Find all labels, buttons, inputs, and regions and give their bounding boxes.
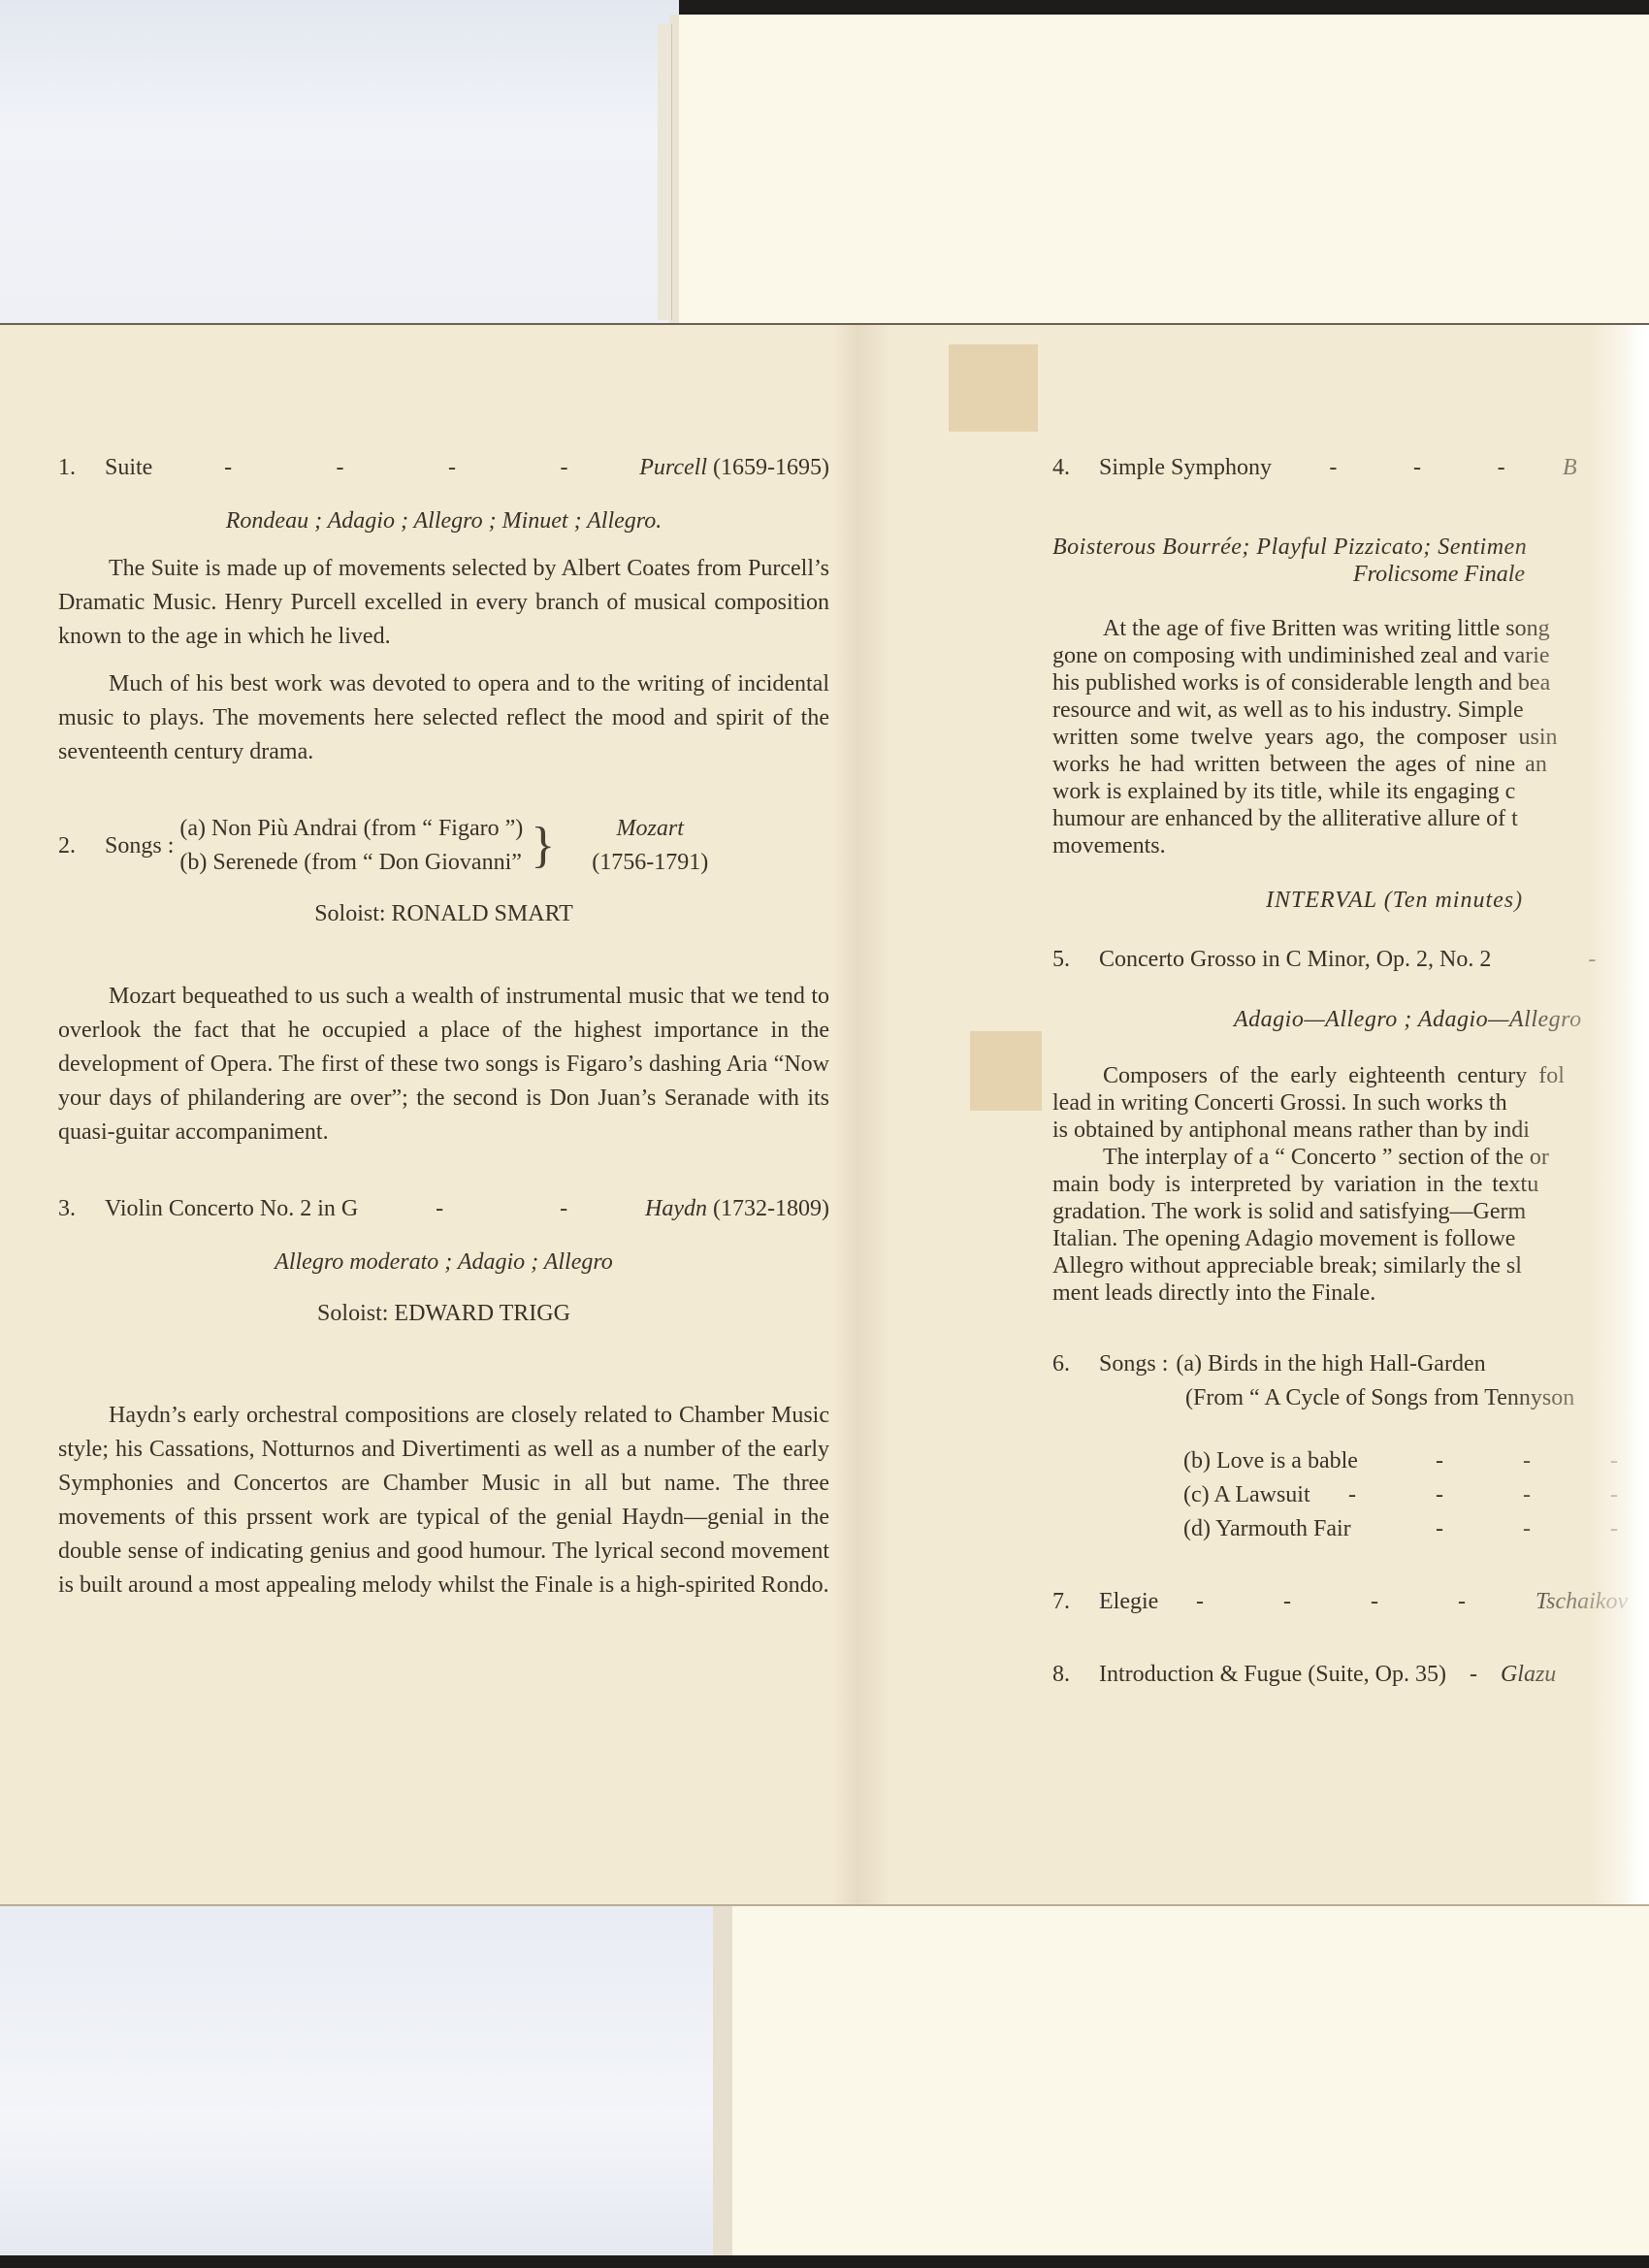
composer-name: Haydn: [645, 1192, 707, 1226]
composer-name: Glazu: [1501, 1658, 1556, 1692]
programme-item-3: 3. Violin Concerto No. 2 in G -- Haydn (…: [58, 1192, 829, 1603]
dash: -: [560, 1192, 567, 1226]
note-line: is obtained by antiphonal means rather t…: [1052, 1117, 1649, 1144]
right-page: 4. Simple Symphony --- B Boisterous Bour…: [1052, 451, 1649, 1692]
programme-item-5: 5. Concerto Grosso in C Minor, Op. 2, No…: [1052, 943, 1649, 1307]
composer-dates: (1756-1791): [592, 846, 708, 880]
song-c: (c) A Lawsuit ----: [1052, 1478, 1649, 1512]
note-line: resource and wit, as well as to his indu…: [1052, 697, 1649, 724]
item-number: 3.: [58, 1192, 105, 1226]
item-heading: 4. Simple Symphony --- B: [1052, 451, 1649, 485]
center-fold: [832, 325, 890, 1904]
item-number: 8.: [1052, 1658, 1099, 1692]
interval-notice: INTERVAL (Ten minutes): [1052, 887, 1649, 914]
movements-line-1: Boisterous Bourrée; Playful Pizzicato; S…: [1052, 534, 1649, 561]
dash: -: [1610, 1444, 1618, 1478]
dash: -: [337, 451, 344, 485]
item-title: Songs :: [1099, 1347, 1168, 1381]
item-heading: 6. Songs : (a) Birds in the high Hall-Ga…: [1052, 1347, 1649, 1381]
item-number: 4.: [1052, 451, 1099, 485]
program-note: Haydn’s early orchestral compositions ar…: [58, 1399, 829, 1603]
song-a: (a) Birds in the high Hall-Garden: [1176, 1347, 1485, 1381]
item-number: 1.: [58, 451, 105, 485]
leader-dashes: ----: [152, 451, 639, 485]
item-title: Introduction & Fugue (Suite, Op. 35): [1099, 1658, 1446, 1692]
dash: -: [436, 1192, 443, 1226]
dash: -: [448, 451, 456, 485]
note-line: main body is interpreted by variation in…: [1052, 1171, 1649, 1198]
item-title: Simple Symphony: [1099, 451, 1272, 485]
composer-dates: (1732-1809): [713, 1192, 829, 1226]
note-line: Allegro without appreciable break; simil…: [1052, 1252, 1649, 1280]
spacer: [58, 1163, 829, 1192]
dash: -: [1610, 1512, 1618, 1546]
item-title: Suite: [105, 451, 152, 485]
program-note: At the age of five Britten was writing l…: [1052, 615, 1649, 859]
programme-item-2: 2. Songs : (a) Non Più Andrai (from “ Fi…: [58, 812, 829, 1150]
programme-sheet: 1. Suite ---- Purcell (1659-1695) Rondea…: [0, 323, 1649, 1906]
note-line: movements.: [1052, 832, 1649, 859]
dash: -: [1436, 1478, 1523, 1512]
dash: -: [1523, 1444, 1610, 1478]
song-list: (a) Non Più Andrai (from “ Figaro ”) (b)…: [179, 812, 523, 880]
composer-name: Tschaikov: [1536, 1585, 1628, 1619]
song-a: (a) Non Più Andrai (from “ Figaro ”): [179, 812, 523, 846]
note-line: written some twelve years ago, the compo…: [1052, 724, 1649, 751]
background-page-bottom-right: [713, 1906, 1649, 2255]
programme-item-1: 1. Suite ---- Purcell (1659-1695) Rondea…: [58, 451, 829, 769]
note-line: ment leads directly into the Finale.: [1052, 1280, 1649, 1307]
movements-list: Allegro moderato ; Adagio ; Allegro: [58, 1246, 829, 1280]
item-heading: 8. Introduction & Fugue (Suite, Op. 35) …: [1052, 1658, 1649, 1692]
programme-item-8: 8. Introduction & Fugue (Suite, Op. 35) …: [1052, 1658, 1649, 1692]
background-page-bottom-left: [0, 1906, 713, 2255]
item-heading: 1. Suite ---- Purcell (1659-1695): [58, 451, 829, 485]
note-line: his published works is of considerable l…: [1052, 669, 1649, 697]
movements-list: Adagio—Allegro ; Adagio—Allegro: [1234, 1006, 1649, 1033]
song-b: (b) Love is a bable ---: [1052, 1444, 1649, 1478]
note-line: Composers of the early eighteenth centur…: [1052, 1062, 1649, 1089]
item-heading: 3. Violin Concerto No. 2 in G -- Haydn (…: [58, 1192, 829, 1226]
program-note: The Suite is made up of movements select…: [58, 552, 829, 654]
note-line: lead in writing Concerti Grossi. In such…: [1052, 1089, 1649, 1117]
interval-duration: (Ten minutes): [1384, 888, 1523, 913]
item-heading: 7. Elegie ---- Tschaikov: [1052, 1585, 1649, 1619]
spacer: [1052, 1415, 1649, 1444]
song-a-source: (From “ A Cycle of Songs from Tennyson: [1052, 1381, 1649, 1415]
song-title: (d) Yarmouth Fair: [1183, 1512, 1436, 1546]
note-line: gone on composing with undiminished zeal…: [1052, 642, 1649, 669]
brace-glyph: }: [531, 817, 555, 875]
left-page: 1. Suite ---- Purcell (1659-1695) Rondea…: [58, 451, 829, 1616]
dash: -: [1348, 1478, 1436, 1512]
note-line: At the age of five Britten was writing l…: [1052, 615, 1649, 642]
dash: -: [1588, 943, 1596, 977]
movements-list: Rondeau ; Adagio ; Allegro ; Minuet ; Al…: [58, 504, 829, 538]
note-line: The interplay of a “ Concerto ” section …: [1052, 1144, 1649, 1171]
program-note: Much of his best work was devoted to ope…: [58, 667, 829, 769]
soloist-credit: Soloist: RONALD SMART: [58, 897, 829, 931]
song-title: (c) A Lawsuit: [1183, 1478, 1348, 1512]
note-line: work is explained by its title, while it…: [1052, 778, 1649, 805]
dash: -: [1413, 451, 1421, 485]
movements-list: Boisterous Bourrée; Playful Pizzicato; S…: [1052, 534, 1649, 588]
scan-edge-highlight: [1626, 325, 1649, 1904]
movements-line-2: Frolicsome Finale: [1052, 561, 1649, 588]
dash: -: [1371, 1585, 1458, 1619]
programme-item-7: 7. Elegie ---- Tschaikov: [1052, 1585, 1649, 1619]
program-note: Composers of the early eighteenth centur…: [1052, 1062, 1649, 1307]
dash: -: [1523, 1512, 1610, 1546]
composer-name: Mozart: [592, 812, 708, 846]
background-page-top-right: [669, 15, 1649, 330]
item-heading: 5. Concerto Grosso in C Minor, Op. 2, No…: [1052, 943, 1649, 977]
composer-name: B: [1563, 451, 1577, 485]
page-stack-edge: [658, 24, 672, 320]
dash: -: [1436, 1444, 1523, 1478]
leader-dashes: --: [358, 1192, 645, 1226]
dash: -: [1523, 1478, 1610, 1512]
dash: -: [224, 451, 232, 485]
item-title: Elegie: [1099, 1585, 1196, 1619]
dash: -: [1610, 1478, 1618, 1512]
dash: -: [560, 451, 567, 485]
note-line: works he had written between the ages of…: [1052, 751, 1649, 778]
program-note: Mozart bequeathed to us such a wealth of…: [58, 980, 829, 1150]
song-title: (b) Love is a bable: [1183, 1444, 1436, 1478]
item-title: Violin Concerto No. 2 in G: [105, 1192, 358, 1226]
composer-dates: (1659-1695): [713, 451, 829, 485]
dash: -: [1196, 1585, 1283, 1619]
item-number: 6.: [1052, 1347, 1099, 1381]
composer-name: Purcell: [639, 451, 707, 485]
item-number: 2.: [58, 829, 105, 863]
note-line: humour are enhanced by the alliterative …: [1052, 805, 1649, 832]
background-page-top-left: [0, 0, 679, 330]
dash: -: [1329, 451, 1337, 485]
item-number: 5.: [1052, 943, 1099, 977]
dash: -: [1436, 1512, 1523, 1546]
programme-item-6: 6. Songs : (a) Birds in the high Hall-Ga…: [1052, 1347, 1649, 1546]
note-line: gradation. The work is solid and satisfy…: [1052, 1198, 1649, 1225]
item-heading: 2. Songs : (a) Non Più Andrai (from “ Fi…: [58, 812, 829, 880]
soloist-credit: Soloist: EDWARD TRIGG: [58, 1297, 829, 1331]
interval-label: INTERVAL: [1266, 888, 1377, 913]
song-d: (d) Yarmouth Fair ---: [1052, 1512, 1649, 1546]
tape-stain-middle: [970, 1031, 1042, 1111]
dash: -: [1470, 1658, 1477, 1692]
dash: -: [1498, 451, 1505, 485]
leader-dashes: ---: [1272, 451, 1563, 485]
programme-item-4: 4. Simple Symphony --- B Boisterous Bour…: [1052, 451, 1649, 859]
note-line: Italian. The opening Adagio movement is …: [1052, 1225, 1649, 1252]
dash: -: [1458, 1585, 1536, 1619]
composer-block: Mozart (1756-1791): [592, 812, 708, 880]
dash: -: [1283, 1585, 1371, 1619]
spacer: [58, 783, 829, 812]
item-title: Songs :: [105, 829, 174, 863]
tape-stain-top: [949, 344, 1038, 432]
song-b: (b) Serenede (from “ Don Giovanni”: [179, 846, 523, 880]
item-title: Concerto Grosso in C Minor, Op. 2, No. 2: [1099, 943, 1491, 977]
item-number: 7.: [1052, 1585, 1099, 1619]
